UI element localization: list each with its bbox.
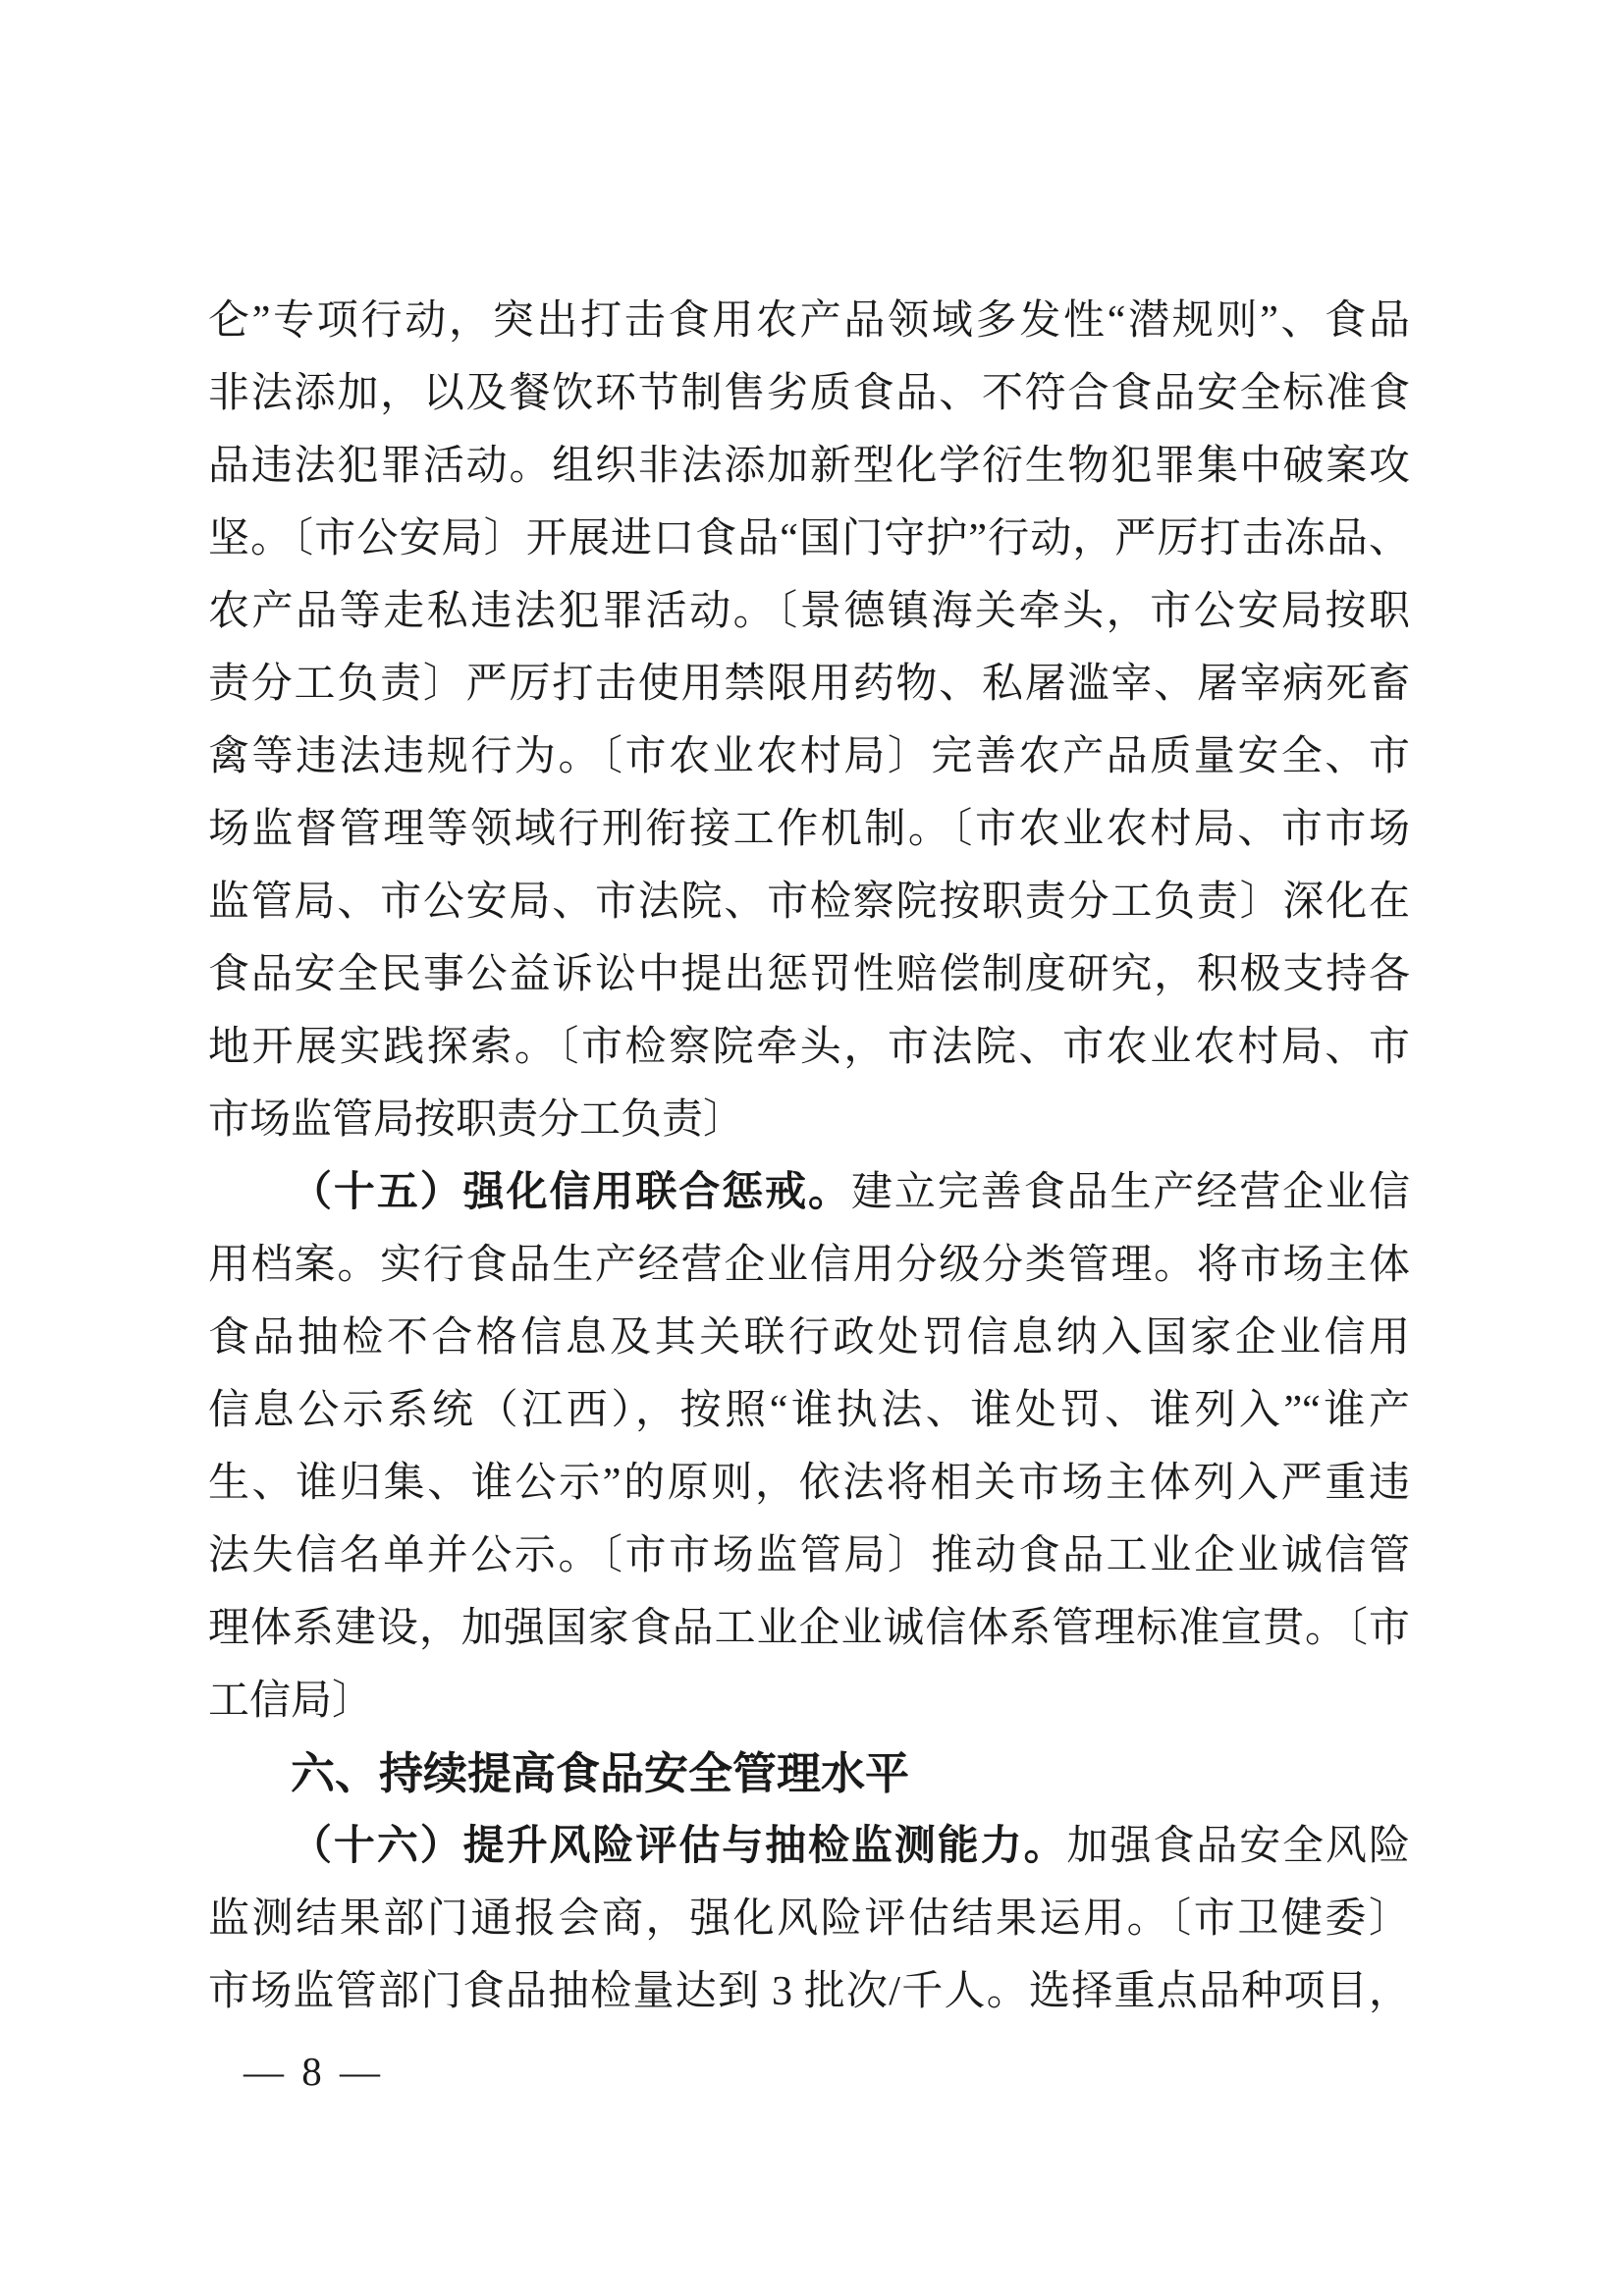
body-line: 理体系建设，加强国家食品工业企业诚信体系管理标准宣贯。〔市	[208, 1592, 1410, 1665]
page-number: — 8 —	[243, 2048, 384, 2095]
document-page: 仑”专项行动，突出打击食用农产品领域多发性“潜规则”、食品 非法添加，以及餐饮环…	[0, 0, 1623, 2296]
body-line: 食品安全民事公益诉讼中提出惩罚性赔偿制度研究，积极支持各	[208, 938, 1410, 1011]
paragraph-15-lead: （十五）强化信用联合惩戒。	[291, 1170, 851, 1215]
paragraph-end-line: 市场监管局按职责分工负责〕	[208, 1084, 1410, 1156]
paragraph-16-text: 加强食品安全风险	[1067, 1824, 1410, 1869]
paragraph-15-first-line: （十五）强化信用联合惩戒。建立完善食品生产经营企业信	[208, 1156, 1410, 1229]
paragraph-16-lead: （十六）提升风险评估与抽检监测能力。	[291, 1824, 1067, 1869]
body-line: 非法添加，以及餐饮环节制售劣质食品、不符合食品安全标准食	[208, 357, 1410, 430]
section-6-heading: 六、持续提高食品安全管理水平	[208, 1737, 1410, 1810]
body-line: 市场监管部门食品抽检量达到 3 批次/千人。选择重点品种项目，	[208, 1955, 1410, 2028]
paragraph-16-first-line: （十六）提升风险评估与抽检监测能力。加强食品安全风险	[208, 1810, 1410, 1883]
body-line: 信息公示系统（江西），按照“谁执法、谁处罚、谁列入”“谁产	[208, 1374, 1410, 1447]
body-line: 监测结果部门通报会商，强化风险评估结果运用。〔市卫健委〕	[208, 1883, 1410, 1955]
body-line: 地开展实践探索。〔市检察院牵头，市法院、市农业农村局、市	[208, 1011, 1410, 1084]
body-line: 食品抽检不合格信息及其关联行政处罚信息纳入国家企业信用	[208, 1302, 1410, 1374]
body-line: 品违法犯罪活动。组织非法添加新型化学衍生物犯罪集中破案攻	[208, 430, 1410, 503]
body-line: 坚。〔市公安局〕开展进口食品“国门守护”行动，严厉打击冻品、	[208, 503, 1410, 575]
paragraph-15-text: 建立完善食品生产经营企业信	[851, 1170, 1410, 1215]
paragraph-end-line: 工信局〕	[208, 1665, 1410, 1737]
body-line: 用档案。实行食品生产经营企业信用分级分类管理。将市场主体	[208, 1229, 1410, 1302]
body-line: 禽等违法违规行为。〔市农业农村局〕完善农产品质量安全、市	[208, 721, 1410, 793]
body-line: 生、谁归集、谁公示”的原则，依法将相关市场主体列入严重违	[208, 1447, 1410, 1520]
body-line: 法失信名单并公示。〔市市场监管局〕推动食品工业企业诚信管	[208, 1520, 1410, 1592]
document-body: 仑”专项行动，突出打击食用农产品领域多发性“潜规则”、食品 非法添加，以及餐饮环…	[208, 285, 1410, 2028]
body-line: 农产品等走私违法犯罪活动。〔景德镇海关牵头，市公安局按职	[208, 575, 1410, 648]
body-line: 责分工负责〕严厉打击使用禁限用药物、私屠滥宰、屠宰病死畜	[208, 648, 1410, 721]
body-line: 监管局、市公安局、市法院、市检察院按职责分工负责〕深化在	[208, 866, 1410, 938]
body-line: 仑”专项行动，突出打击食用农产品领域多发性“潜规则”、食品	[208, 285, 1410, 357]
body-line: 场监督管理等领域行刑衔接工作机制。〔市农业农村局、市市场	[208, 793, 1410, 866]
